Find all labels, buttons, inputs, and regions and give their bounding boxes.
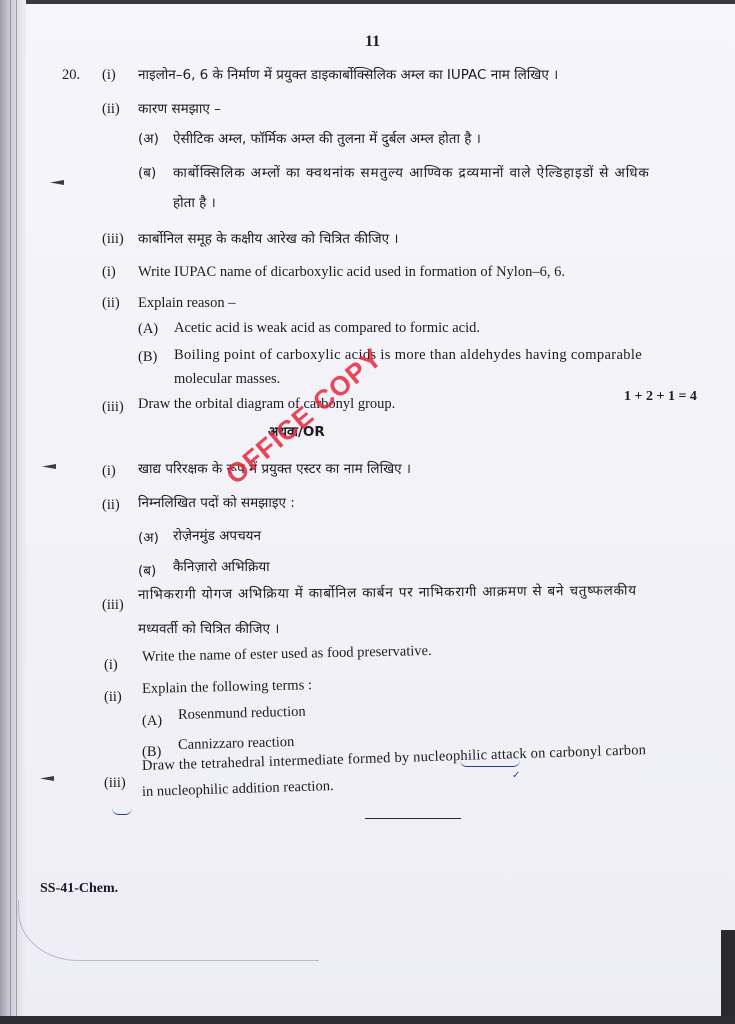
question-text-hindi: कार्बोक्सिलिक अम्लों का क्वथनांक समतुल्य…	[173, 164, 650, 182]
question-number: 20.	[62, 66, 80, 84]
margin-arrow-mark	[40, 776, 54, 781]
sub-label: (A)	[138, 320, 158, 338]
scan-right-edge	[721, 930, 735, 1024]
question-text-hindi: होता है ।	[173, 194, 216, 212]
paper-code: SS-41-Chem.	[40, 880, 118, 898]
sub-label: (ii)	[102, 100, 120, 118]
sub-label: (i)	[102, 66, 116, 84]
question-text-english: molecular masses.	[174, 370, 280, 388]
margin-arrow-mark	[50, 180, 64, 185]
scan-top-edge	[0, 0, 735, 4]
sub-label: (i)	[104, 656, 118, 674]
question-text-hindi: कारण समझाए –	[138, 100, 221, 118]
sub-label: (i)	[102, 263, 116, 281]
page-binding	[0, 0, 26, 1024]
sub-label: (i)	[102, 462, 116, 480]
question-text-hindi: कैनिज़ारो अभिक्रिया	[173, 558, 270, 576]
question-text-hindi: रोज़ेनमुंड अपचयन	[173, 527, 261, 545]
pen-underline	[460, 760, 520, 767]
scan-bottom-edge	[0, 1016, 735, 1024]
question-text-english: Boiling point of carboxylic acids is mor…	[174, 346, 642, 364]
sub-label: (A)	[142, 712, 162, 730]
sub-label: (ii)	[104, 688, 122, 706]
end-rule	[365, 818, 461, 819]
marks-distribution: 1 + 2 + 1 = 4	[624, 388, 697, 406]
page-number: 11	[365, 33, 380, 51]
exam-page: 11 20. (i) नाइलोन–6, 6 के निर्माण में प्…	[0, 0, 735, 1024]
question-text-english: Cannizzaro reaction	[178, 733, 295, 754]
sub-label: (ii)	[102, 496, 120, 514]
sub-label: (iii)	[102, 398, 124, 416]
question-text-english: in nucleophilic addition reaction.	[142, 777, 334, 801]
question-text-hindi: मध्यवर्ती को चित्रित कीजिए ।	[138, 620, 279, 638]
question-text-hindi: खाद्य परिरक्षक के रूप में प्रयुक्त एस्टर…	[138, 460, 411, 478]
sub-label: (अ)	[138, 130, 159, 148]
sub-label: (ii)	[102, 294, 120, 312]
sub-label: (अ)	[138, 529, 159, 547]
question-text-english: Rosenmund reduction	[178, 703, 306, 724]
sub-label: (iii)	[104, 774, 126, 792]
question-text-hindi: निम्नलिखित पदों को समझाइए :	[138, 494, 295, 512]
question-text-hindi: कार्बोनिल समूह के कक्षीय आरेख को चित्रित…	[138, 230, 399, 248]
sub-label: (ब)	[138, 164, 156, 182]
sub-label: (iii)	[102, 230, 124, 248]
question-text-hindi: नाइलोन–6, 6 के निर्माण में प्रयुक्त डाइक…	[138, 66, 558, 84]
question-text-english: Write IUPAC name of dicarboxylic acid us…	[138, 263, 565, 281]
pen-mark	[112, 808, 132, 815]
question-text-english: Explain the following terms :	[142, 676, 312, 698]
question-text-hindi: नाभिकरागी योगज अभिक्रिया में कार्बोनिल क…	[138, 582, 637, 604]
binding-line	[16, 0, 17, 1024]
sub-label: (iii)	[102, 596, 124, 614]
question-text-english: Write the name of ester used as food pre…	[142, 642, 432, 666]
sub-label: (B)	[138, 348, 157, 366]
question-text-english: Acetic acid is weak acid as compared to …	[174, 319, 480, 337]
page-fold	[18, 900, 319, 961]
margin-arrow-mark	[42, 464, 56, 469]
sub-label: (ब)	[138, 562, 156, 580]
pen-tick: ✓	[512, 770, 520, 781]
question-text-english: Draw the orbital diagram of carbonyl gro…	[138, 395, 395, 413]
question-text-hindi: ऐसीटिक अम्ल, फॉर्मिक अम्ल की तुलना में द…	[173, 130, 481, 148]
binding-line	[10, 0, 11, 1024]
question-text-english: Explain reason –	[138, 294, 235, 312]
